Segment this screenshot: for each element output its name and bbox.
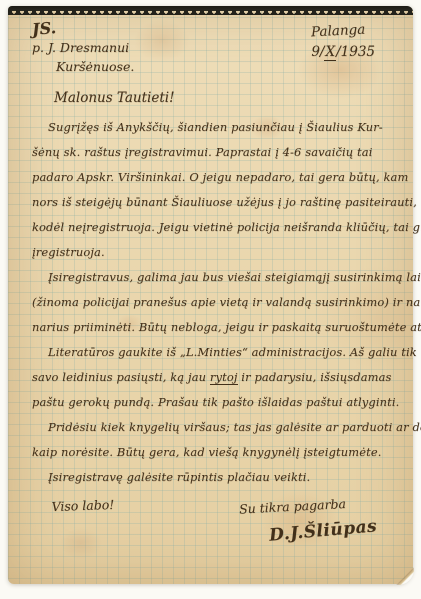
recipient-name: p. J. Dresmanui [32,38,134,57]
letter-line: padaro Apskr. Viršininkai. O jeigu nepad… [32,165,401,190]
letter-content: JS. p. J. Dresmanui Kuršėnuose. Palanga … [8,6,413,584]
letter-line: Literatūros gaukite iš „L.Minties“ admin… [32,340,401,365]
salutation: Malonus Tautieti! [54,90,401,106]
letter-line: narius priiminėti. Būtų nebloga, jeigu i… [32,315,401,340]
letter-line: kaip norėsite. Būtų gera, kad viešą knyg… [32,440,401,465]
date-day: 9/ [311,44,324,60]
letter-line: šėnų sk. raštus įregistravimui. Paprasta… [32,140,401,165]
letter-closing: Viso labo! Su tikra pagarba D.J.Šliūpas [32,498,401,541]
line-text-pre: savo leidinius pasiųsti, ką jau [32,370,210,384]
date-month-underlined: X [324,44,336,61]
letter-line: nors iš steigėjų būnant Šiauliuose užėju… [32,190,401,215]
letter-line: Įsiregistravus, galima jau bus viešai st… [32,265,401,290]
valediction-block: Su tikra pagarba D.J.Šliūpas [239,498,377,541]
sender-initials: JS. [31,18,56,39]
line-text-post: ir padarysiu, išsiųsdamas [238,370,392,384]
place-name: Palanga [311,20,366,44]
letter-line: Sugrįžęs iš Anykščių, šiandien pasiunčia… [32,115,401,140]
letter-header: JS. p. J. Dresmanui Kuršėnuose. Palanga … [32,19,401,76]
letter-line: įregistruoja. [32,240,401,265]
valediction: Su tikra pagarba [238,494,377,516]
date-year: /1935 [336,44,375,60]
letter-date: 9/X/1935 [311,42,375,63]
letter-line: savo leidinius pasiųsti, ką jau rytoj ir… [32,365,401,390]
recipient-city: Kuršėnuose. [56,57,134,76]
letter-line: paštu gerokų pundą. Prašau tik pašto išl… [32,390,401,415]
farewell: Viso labo! [51,497,115,542]
scanned-letter: JS. p. J. Dresmanui Kuršėnuose. Palanga … [0,0,421,599]
letter-line: (žinoma policijai pranešus apie vietą ir… [32,290,401,315]
letter-line: kodėl neįregistruoja. Jeigu vietinė poli… [32,215,401,240]
underlined-word: rytoj [210,370,238,385]
letter-line: Įsiregistravę galėsite rūpintis plačiau … [32,465,401,490]
place-date-block: Palanga 9/X/1935 [311,19,375,63]
letter-paper: JS. p. J. Dresmanui Kuršėnuose. Palanga … [8,6,413,584]
letter-line: Pridėsiu kiek knygelių viršaus; tas jas … [32,415,401,440]
recipient-block: JS. p. J. Dresmanui Kuršėnuose. [32,19,134,76]
signature: D.J.Šliūpas [268,516,378,545]
letter-body: Sugrįžęs iš Anykščių, šiandien pasiunčia… [32,115,401,490]
